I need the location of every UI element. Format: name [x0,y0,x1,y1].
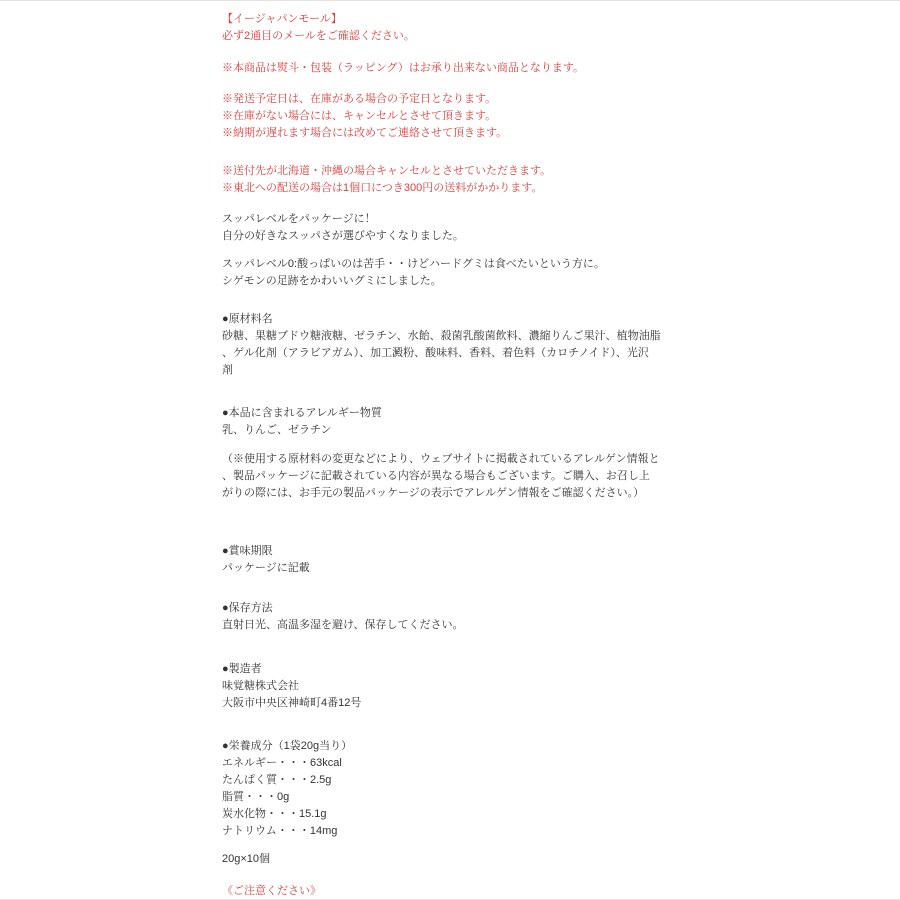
ingredients-section: ●原材料名 砂糖、果糖ブドウ糖液糖、ゼラチン、水飴、殺菌乳酸菌飲料、濃縮りんご果… [222,311,661,379]
text-line: （※使用する原材料の変更などにより、ウェブサイトに掲載されているアレルゲン情報と [222,451,660,468]
text-line: 砂糖、果糖ブドウ糖液糖、ゼラチン、水飴、殺菌乳酸菌飲料、濃縮りんご果汁、植物油脂 [222,328,661,345]
text-line: スッパレベルをパッケージに！ [222,211,464,228]
text-line: パッケージに記載 [222,560,310,577]
text-line: 、製品パッケージに記載されている内容が異なる場合もございます。ご購入、お召し上 [222,468,660,485]
nutrition-sodium: ナトリウム・・・14mg [222,823,352,840]
caution-heading: 《ご注意ください》 [222,883,321,900]
shop-header-note: 【イージャパンモール】 必ず2通目のメールをご確認ください。 [222,11,415,45]
section-heading: ●製造者 [222,661,361,678]
nutrition-fat: 脂質・・・0g [222,789,352,806]
product-description: スッパレベル0:酸っぱいのは苦手・・けどハードグミは食べたいという方に。 シゲモ… [222,256,605,290]
wrapping-notice: ※本商品は熨斗・包装（ラッピング）はお承り出来ない商品となります。 [222,60,584,77]
text-line: シゲモンの足跡をかわいいグミにしました。 [222,273,605,290]
storage-section: ●保存方法 直射日光、高温多湿を避け、保存してください。 [222,600,464,634]
allergen-section: ●本品に含まれるアレルギー物質 乳、りんご、ゼラチン [222,405,382,439]
text-line: ※本商品は熨斗・包装（ラッピング）はお承り出来ない商品となります。 [222,60,584,77]
text-line: 、ゲル化剤（アラビアガム）、加工澱粉、酸味料、香料、着色料（カロチノイド）、光沢 [222,345,661,362]
package-size: 20g×10個 [222,851,270,868]
shipping-notice: ※発送予定日は、在庫がある場合の予定日となります。 ※在庫がない場合には、キャン… [222,91,507,142]
text-line: スッパレベル0:酸っぱいのは苦手・・けどハードグミは食べたいという方に。 [222,256,605,273]
text-line: 乳、りんご、ゼラチン [222,422,382,439]
text-line: ※納期が遅れます場合には改めてご連絡させて頂きます。 [222,125,507,142]
text-line: がりの際には、お手元の製品パッケージの表示でアレルゲン情報をご確認ください。） [222,485,660,502]
section-heading: ●原材料名 [222,311,661,328]
text-line: ※送付先が北海道・沖縄の場合キャンセルとさせていただきます。 [222,163,551,180]
text-line: 必ず2通目のメールをご確認ください。 [222,28,415,45]
allergen-disclaimer: （※使用する原材料の変更などにより、ウェブサイトに掲載されているアレルゲン情報と… [222,451,660,502]
section-heading: ●栄養成分（1袋20g当り） [222,738,352,755]
text-line: 剤 [222,362,661,379]
text-line: 《ご注意ください》 [222,883,321,900]
nutrition-energy: エネルギー・・・63kcal [222,755,352,772]
product-intro: スッパレベルをパッケージに！ 自分の好きなスッパさが選びやすくなりました。 [222,211,464,245]
nutrition-carbs: 炭水化物・・・15.1g [222,806,352,823]
text-line: 直射日光、高温多湿を避け、保存してください。 [222,617,464,634]
nutrition-protein: たんぱく質・・・2.5g [222,772,352,789]
section-heading: ●保存方法 [222,600,464,617]
text-line: 大阪市中央区神崎町4番12号 [222,695,361,712]
text-line: 20g×10個 [222,851,270,868]
section-heading: ●本品に含まれるアレルギー物質 [222,405,382,422]
text-line: ※在庫がない場合には、キャンセルとさせて頂きます。 [222,108,507,125]
text-line: 自分の好きなスッパさが選びやすくなりました。 [222,228,464,245]
region-shipping-notice: ※送付先が北海道・沖縄の場合キャンセルとさせていただきます。 ※東北への配送の場… [222,163,551,197]
expiry-section: ●賞味期限 パッケージに記載 [222,543,310,577]
text-line: ※東北への配送の場合は1個口につき300円の送料がかかります。 [222,180,551,197]
text-line: ※発送予定日は、在庫がある場合の予定日となります。 [222,91,507,108]
manufacturer-section: ●製造者 味覚糖株式会社 大阪市中央区神崎町4番12号 [222,661,361,712]
nutrition-section: ●栄養成分（1袋20g当り） エネルギー・・・63kcal たんぱく質・・・2.… [222,738,352,840]
text-line: 【イージャパンモール】 [222,11,415,28]
text-line: 味覚糖株式会社 [222,678,361,695]
section-heading: ●賞味期限 [222,543,310,560]
product-description-page: 【イージャパンモール】 必ず2通目のメールをご確認ください。 ※本商品は熨斗・包… [0,0,900,900]
